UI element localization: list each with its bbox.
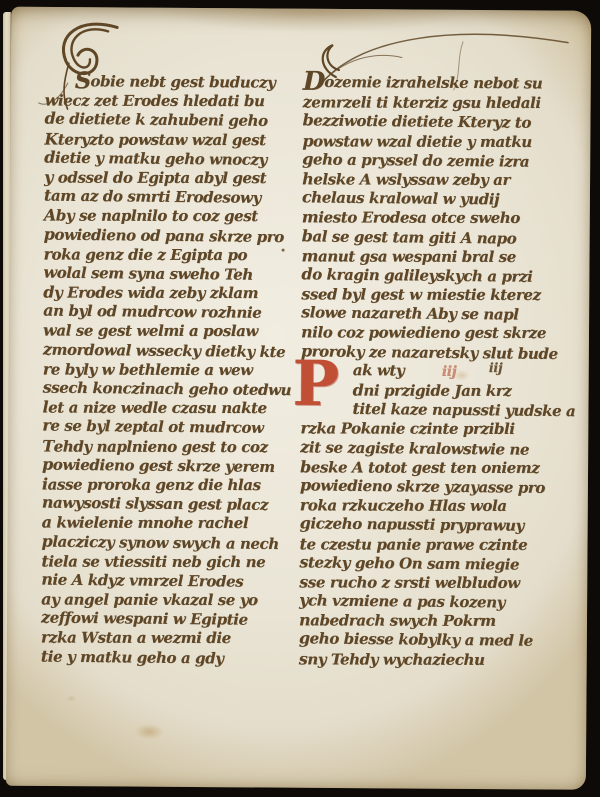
right-lines: zemrzeli ti kterziz gsu hledalibezziwoti… xyxy=(301,92,565,362)
stain xyxy=(134,724,164,740)
chapter-opening-text: ak wty xyxy=(353,361,405,379)
text-line: ssech konczinach geho otedwu xyxy=(43,378,289,400)
text-line-rest: ozemie izrahelske nebot su xyxy=(324,73,542,93)
stain xyxy=(66,695,76,702)
right-text-column: Dozemie izrahelske nebot su zemrzeli ti … xyxy=(299,73,565,670)
text-line: dietie y matku geho wnoczy xyxy=(44,147,290,169)
text-line: tiela se vtiessiti neb gich ne xyxy=(41,551,287,571)
chapter-numeral-margin: iij xyxy=(489,359,503,378)
text-line: Aby se naplnilo to coz gest xyxy=(44,206,290,226)
text-line: slowe nazareth Aby se napl xyxy=(301,303,563,325)
text-line: Sobie nebt gest buduczy xyxy=(75,71,291,92)
text-line: zmordowal wssecky dietky kte xyxy=(43,339,289,361)
text-line: zemrzeli ti kterziz gsu hledali xyxy=(303,93,565,113)
left-text-column: Sobie nebt gest buduczy wiecz zet Erodes… xyxy=(41,71,291,668)
text-line: zit se zagiste kralowstwie ne xyxy=(300,437,562,459)
text-line: nawysosti slyssan gest placz xyxy=(42,493,288,515)
text-line: Dozemie izrahelske nebot su xyxy=(303,73,565,94)
text-line: nie A kdyz vmrzel Erodes xyxy=(41,569,287,591)
text-line: te czestu panie prawe czinte xyxy=(300,534,562,554)
text-line: helske A wslyssaw zeby ar xyxy=(302,169,564,189)
text-line-rest: obie nebt gest buduczy xyxy=(90,72,275,91)
text-line: giczeho napussti pryprawuy xyxy=(300,514,562,536)
text-line: rzka Wstan a wezmi die xyxy=(41,628,287,648)
chapter-opening-line: ak wtyiijiij xyxy=(301,361,563,382)
text-line: wal se gest welmi a poslaw xyxy=(43,321,289,341)
text-line: re byly w bethlemie a wew xyxy=(43,359,289,379)
text-line: ssed byl gest w miestie kterez xyxy=(301,284,563,304)
text-line: powiedieno od pana skrze pro xyxy=(44,224,290,246)
text-line: wiecz zet Erodes hledati bu xyxy=(45,91,291,111)
text-line: sse rucho z srsti welbludow xyxy=(299,572,561,592)
text-line: dy Erodes wida zeby zklam xyxy=(43,283,289,303)
text-line: miesto Erodesa otce sweho xyxy=(302,208,564,228)
text-line: bal se gest tam giti A napo xyxy=(302,226,564,248)
chapter-section: P ak wtyiijiij dni przigide Jan krztitel… xyxy=(299,361,563,670)
text-line: powstaw wzal dietie y matku xyxy=(302,131,564,151)
text-line: an byl od mudrcow rozhnie xyxy=(43,301,289,323)
text-line: tam az do smrti Erodesowy xyxy=(44,186,290,208)
text-line: geho biesse kobylky a med le xyxy=(299,629,561,651)
text-line: placziczy synow swych a nech xyxy=(41,531,287,553)
chapter-lines: dni przigide Jan krztitel kaze napussti … xyxy=(299,380,563,670)
text-line: Kteryzto powstaw wzal gest xyxy=(44,129,290,149)
text-line: beske A totot gest ten oniemz xyxy=(300,457,562,477)
text-line: ay angel panie vkazal se yo xyxy=(41,590,287,610)
manuscript-page: Sobie nebt gest buduczy wiecz zet Erodes… xyxy=(6,7,591,790)
text-line: Tehdy naplnieno gest to coz xyxy=(42,436,288,456)
text-line: iasse proroka genz die hlas xyxy=(42,474,288,494)
text-line: chelaus kralowal w yudij xyxy=(302,187,564,209)
text-line: re se byl zeptal ot mudrcow xyxy=(42,416,288,438)
text-line: tie y matku geho a gdy xyxy=(41,646,287,668)
text-line: sny Tehdy wychaziechu xyxy=(299,649,561,669)
text-line: bezziwotie dietiete Kteryz to xyxy=(302,111,564,133)
text-line: a kwielenie mnohe rachel xyxy=(42,513,288,533)
text-line: do kragin galileyskych a przi xyxy=(301,264,563,286)
text-line: de dietiete k zahubeni geho xyxy=(44,109,290,131)
text-line: rzka Pokanie czinte przibli xyxy=(300,419,562,439)
text-line: ych vzmiene a pas kozeny xyxy=(299,590,561,612)
text-line: let a nize wedle czasu nakte xyxy=(42,398,288,418)
text-line: y odssel do Egipta abyl gest xyxy=(44,167,290,187)
text-line: zeffowi wespani w Egiptie xyxy=(41,608,287,630)
text-line: nilo coz powiedieno gest skrze xyxy=(301,323,563,343)
text-line: dni przigide Jan krz xyxy=(301,380,563,400)
left-lines: wiecz zet Erodes hledati bude dietiete k… xyxy=(41,90,291,667)
text-line: powiedieno skrze yzayasse pro xyxy=(300,475,562,497)
text-line: proroky ze nazaretsky slut bude xyxy=(301,341,563,363)
chapter-numeral-red: iij xyxy=(442,363,457,382)
text-line: wolal sem syna sweho Teh xyxy=(43,262,289,284)
text-line: nabedrach swych Pokrm xyxy=(299,611,561,631)
text-line: roka genz die z Egipta po xyxy=(44,244,290,264)
text-line: geho a pryssel do zemie izra xyxy=(302,149,564,171)
manuscript-photo: Sobie nebt gest buduczy wiecz zet Erodes… xyxy=(0,0,600,797)
text-line: powiedieno gest skrze yerem xyxy=(42,454,288,476)
text-line: stezky geho On sam miegie xyxy=(299,552,561,574)
text-line: manut gsa wespani bral se xyxy=(302,246,564,266)
text-line: roka rzkuczeho Hlas wola xyxy=(300,495,562,515)
ink-dot xyxy=(282,249,285,252)
text-line: titel kaze napussti yudske a xyxy=(300,398,562,420)
